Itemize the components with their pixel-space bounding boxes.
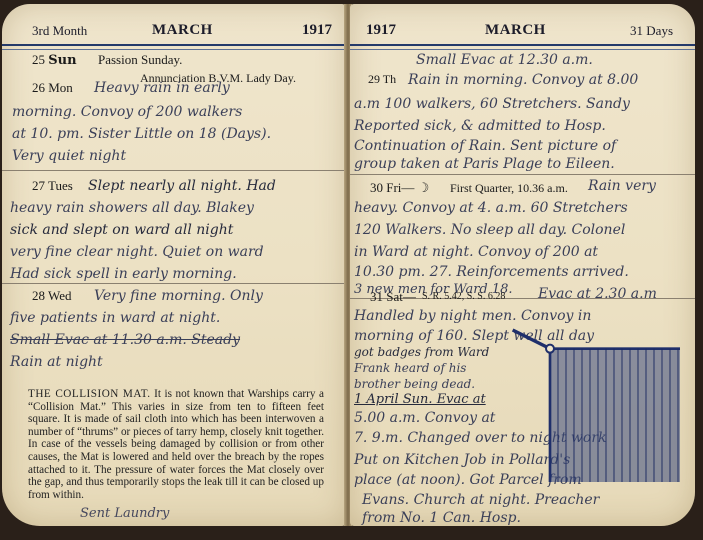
header-rule [2, 44, 346, 50]
handwritten-line: heavy rain showers all day. Blakey [10, 198, 254, 218]
collision-mat-illustration [500, 322, 680, 482]
handwritten-line: Evac at 2.30 a.m [538, 284, 657, 304]
printed-note-sunrise-sunset: S. R. 5.42, S. S. 6.28 [422, 291, 505, 302]
day-number: 25 [32, 52, 45, 67]
article-title: THE COLLISION MAT. [28, 388, 151, 400]
day-name: Mon [48, 80, 73, 95]
day-divider [350, 174, 695, 175]
page-header: 3rd Month MARCH 1917 [2, 18, 346, 44]
handwritten-line: Rain in morning. Convoy at 8.00 [408, 70, 638, 90]
printed-article-collision-mat: THE COLLISION MAT. It is not known that … [28, 388, 324, 501]
day-label-25: 25 Sun [32, 52, 77, 68]
article-body: It is not known that Warships carry a “C… [28, 388, 324, 501]
page-header: 1917 MARCH 31 Days [350, 18, 695, 44]
diary-left-page: 3rd Month MARCH 1917 25 Sun Passion Sund… [2, 4, 346, 526]
month-title: MARCH [152, 22, 213, 39]
days-count: 31 Days [630, 23, 673, 39]
handwritten-line: a.m 100 walkers, 60 Stretchers. Sandy [354, 94, 630, 114]
day-label-30: 30 Fri— ☽ [370, 180, 429, 196]
handwritten-line: Very fine morning. Only [94, 286, 263, 306]
day-number: 27 [32, 178, 45, 193]
day-label-29: 29 Th [368, 72, 396, 87]
handwritten-line: Had sick spell in early morning. [10, 264, 237, 284]
handwritten-line: Continuation of Rain. Sent picture of [354, 136, 616, 156]
handwritten-line: 120 Walkers. No sleep all day. Colonel [354, 220, 625, 240]
handwritten-line: Heavy rain in early [94, 78, 230, 98]
day-name: Wed [48, 288, 72, 303]
handwritten-line: heavy. Convoy at 4. a.m. 60 Stretchers [354, 198, 628, 218]
handwritten-line: five patients in ward at night. [10, 308, 220, 328]
moon-phase-icon: — ☽ [401, 180, 429, 195]
day-name: Th [383, 72, 396, 86]
day-name: Fri [386, 180, 401, 195]
handwritten-line: Evans. Church at night. Preacher [362, 490, 599, 510]
handwritten-line: Small Evac at 12.30 a.m. [416, 50, 593, 70]
handwritten-line: Reported sick, & admitted to Hosp. [354, 116, 606, 136]
handwritten-line: from No. 1 Can. Hosp. [362, 508, 521, 528]
handwritten-line: Rain at night [10, 352, 103, 372]
year-label: 1917 [302, 22, 332, 39]
month-title: MARCH [485, 22, 546, 39]
day-label-31: 31 Sat— [370, 289, 416, 305]
day-label-28: 28 Wed [32, 288, 72, 304]
day-name: Sat [386, 289, 403, 304]
printed-note-passion-sunday: Passion Sunday. [98, 52, 182, 68]
handwritten-line: 1 April Sun. Evac at [354, 390, 486, 410]
day-divider [2, 283, 346, 284]
handwritten-line-struck: Small Evac at 11.30 a.m. Steady [10, 330, 240, 350]
handwritten-line: group taken at Paris Plage to Eileen. [354, 154, 615, 174]
year-label: 1917 [366, 22, 396, 39]
handwritten-line: Slept nearly all night. Had [88, 176, 276, 196]
day-number: 31 [370, 289, 383, 304]
day-number: 26 [32, 80, 45, 95]
day-number: 28 [32, 288, 45, 303]
handwritten-signature: Sent Laundry [80, 506, 169, 521]
handwritten-line: morning. Convoy of 200 walkers [12, 102, 242, 122]
day-name: Tues [48, 178, 73, 193]
handwritten-line: 10.30 pm. 27. Reinforcements arrived. [354, 262, 629, 282]
handwritten-line: sick and slept on ward all night [10, 220, 233, 240]
day-label-26: 26 Mon [32, 80, 73, 96]
day-name: Sun [48, 53, 76, 68]
handwritten-line: 5.00 a.m. Convoy at [354, 408, 495, 428]
printed-note-first-quarter: First Quarter, 10.36 a.m. [450, 181, 568, 196]
day-label-27: 27 Tues [32, 178, 73, 194]
handwritten-line: in Ward at night. Convoy of 200 at [354, 242, 598, 262]
day-number: 30 [370, 180, 383, 195]
day-number: 29 [368, 72, 380, 86]
handwritten-line: Very quiet night [12, 146, 126, 166]
handwritten-line: very fine clear night. Quiet on ward [10, 242, 264, 262]
month-index: 3rd Month [32, 23, 87, 39]
handwritten-line: Rain very [588, 176, 656, 196]
handwritten-line: at 10. pm. Sister Little on 18 (Days). [12, 124, 271, 144]
day-divider [2, 170, 346, 171]
